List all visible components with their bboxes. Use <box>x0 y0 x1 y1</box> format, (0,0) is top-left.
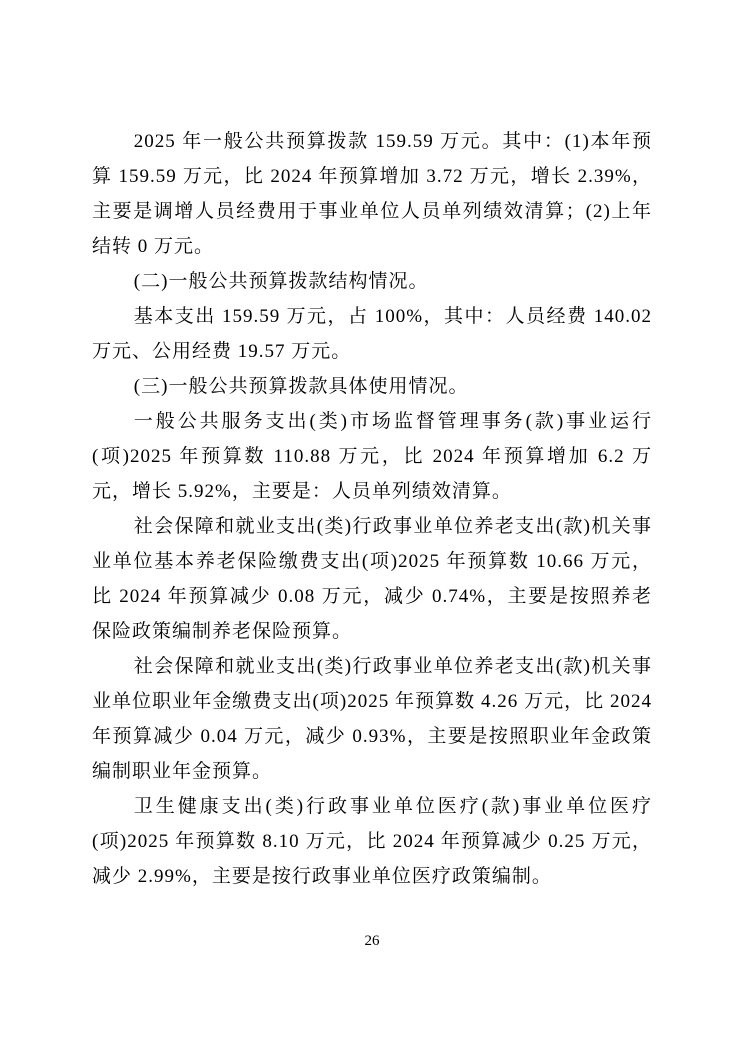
paragraph-budget-total: 2025 年一般公共预算拨款 159.59 万元。其中：(1)本年预算 159.… <box>92 124 652 264</box>
paragraph-public-service: 一般公共服务支出(类)市场监督管理事务(款)事业运行(项)2025 年预算数 1… <box>92 404 652 509</box>
paragraph-occupational-annuity: 社会保障和就业支出(类)行政事业单位养老支出(款)机关事业单位职业年金缴费支出(… <box>92 649 652 789</box>
text-block: 2025 年一般公共预算拨款 159.59 万元。其中：(1)本年预算 159.… <box>92 124 652 894</box>
page-number: 26 <box>0 931 744 951</box>
heading-usage-section: (三)一般公共预算拨款具体使用情况。 <box>92 369 652 404</box>
heading-structure-section: (二)一般公共预算拨款结构情况。 <box>92 264 652 299</box>
paragraph-health-medical: 卫生健康支出(类)行政事业单位医疗(款)事业单位医疗(项)2025 年预算数 8… <box>92 789 652 894</box>
paragraph-pension-insurance: 社会保障和就业支出(类)行政事业单位养老支出(款)机关事业单位基本养老保险缴费支… <box>92 509 652 649</box>
paragraph-basic-expenditure: 基本支出 159.59 万元，占 100%，其中：人员经费 140.02 万元、… <box>92 299 652 369</box>
document-page: 2025 年一般公共预算拨款 159.59 万元。其中：(1)本年预算 159.… <box>0 0 744 1052</box>
